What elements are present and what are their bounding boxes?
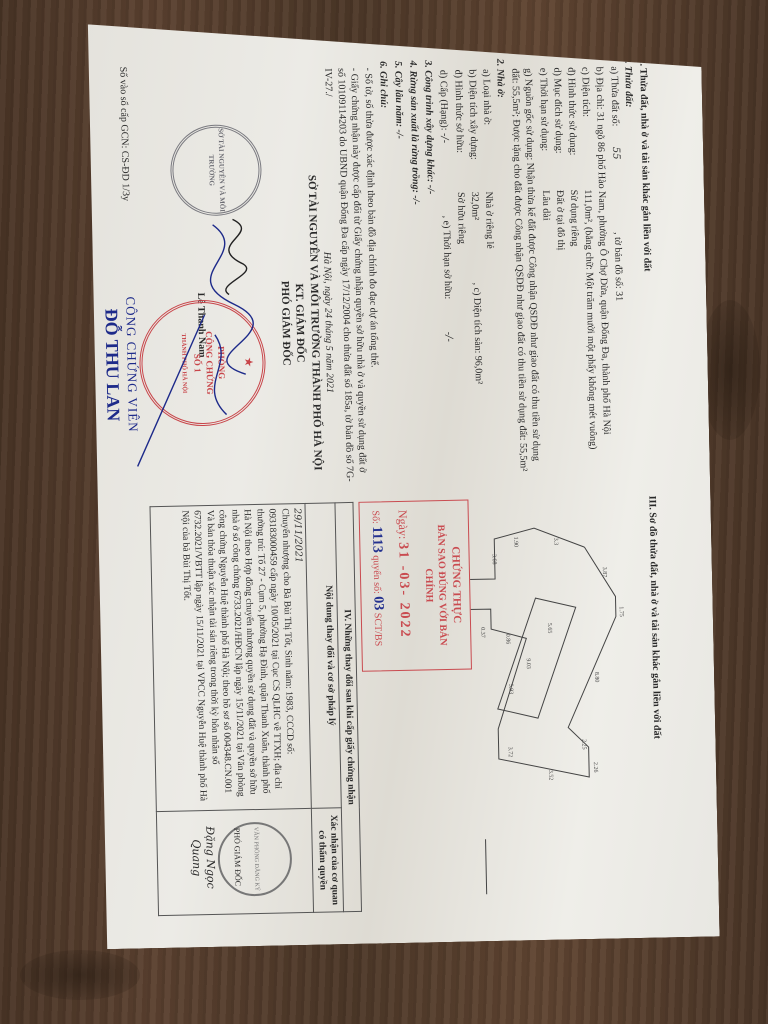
- change-confirm-cell: VĂN PHÒNG ĐĂNG KÝ PHÓ GIÁM ĐỐC Đặng Ngọc…: [156, 808, 313, 915]
- ownership-label: đ) Hình thức sở hữu:: [450, 69, 466, 189]
- dimension-label: 5.93: [507, 683, 513, 694]
- cert-suffix: SCT/BS: [371, 612, 383, 646]
- area-label: c) Diện tích:: [578, 66, 594, 186]
- notary-officer-stamp: CÔNG CHỨNG VIÊN ĐỖ THU LAN: [98, 296, 142, 433]
- registry-number: Số vào sổ cấp GCN: CS-ĐD 1/3y: [116, 66, 132, 201]
- cert-date-line: Ngày: 31 -03- 2022: [392, 509, 414, 661]
- section-iv: IV. Những thay đổi sau khi cấp giấy chứn…: [149, 501, 361, 915]
- change-content: Chuyển nhượng cho Bà Bùi Thị Tốt, Sinh n…: [215, 508, 296, 806]
- cert-subtitle: BẢN SAO ĐÚNG VỚI BẢN CHÍNH: [420, 508, 450, 661]
- use-form-value: Sử dụng riêng: [568, 189, 580, 246]
- dimension-label: 3.3: [552, 537, 558, 545]
- grade-label: d) Cấp (Hạng):: [437, 69, 449, 130]
- certified-copy-stamp: CHỨNG THỰC BẢN SAO ĐÚNG VỚI BẢN CHÍNH Ng…: [358, 499, 472, 671]
- certificate-sheet: II. Thửa đất, nhà ở và tài sản khác gắn …: [88, 24, 707, 936]
- grade-value: -/-: [439, 132, 450, 142]
- wood-knot: [20, 950, 140, 1000]
- cert-date-label: Ngày:: [395, 509, 410, 539]
- dimension-label: 5.65: [546, 622, 552, 633]
- built-area-value: 32,0m²: [468, 191, 480, 220]
- land-certificate-paper: II. Thửa đất, nhà ở và tài sản khác gắn …: [75, 12, 719, 950]
- dimension-label: 3.72: [506, 746, 512, 757]
- floor-area-value: 96,0m²: [472, 355, 484, 384]
- changes-table: IV. Những thay đổi sau khi cấp giấy chứn…: [149, 501, 361, 915]
- parcel-no-label: a) Thửa đất số:: [607, 66, 619, 126]
- dimension-label: 3.52: [547, 769, 553, 780]
- house-type-value: Nhà ở riêng lẻ: [482, 191, 494, 248]
- dimension-label: 9.03: [524, 658, 530, 669]
- signature-scribble: [122, 213, 277, 476]
- house-type-label: a) Loại nhà ở:: [479, 68, 495, 188]
- notary-name: ĐỖ THU LAN: [98, 296, 125, 433]
- cert-number-line: Số: 1113 quyển số: 03 SCT/BS: [365, 510, 387, 662]
- map-sheet-label: , tờ bản đồ số:: [611, 231, 623, 288]
- purpose-value: Đất ở tại đô thị: [553, 189, 565, 249]
- term-value: Lâu dài: [539, 190, 551, 220]
- cert-book: 03: [370, 596, 385, 610]
- col-confirm-header: Xác nhận của cơ quan có thẩm quyền: [311, 807, 343, 912]
- confirm-signer-title: PHÓ GIÁM ĐỐC: [230, 810, 242, 903]
- dimension-label: 3.68: [490, 553, 496, 564]
- ownership-value: Sở hữu riêng: [454, 192, 466, 244]
- floor-area-label: , c) Diện tích sàn:: [470, 282, 482, 353]
- dimension-label: 0.37: [479, 627, 485, 638]
- own-term-label: , e) Thời hạn sở hữu:: [440, 215, 453, 299]
- cert-book-label: quyển số:: [370, 555, 382, 594]
- table-row: 29/11/2021 Chuyển nhượng cho Bà Bùi Thị …: [150, 503, 314, 915]
- wood-knot: [700, 300, 760, 440]
- dimension-label: 2.25: [580, 739, 586, 750]
- confirm-signature: PHÓ GIÁM ĐỐC Đặng Ngọc Quang: [187, 810, 243, 904]
- department-seal-text: SỞ TÀI NGUYÊN VÀ MÔI TRƯỜNG: [205, 127, 225, 212]
- dimension-label: 8.80: [593, 671, 599, 682]
- cert-no: 1113: [368, 526, 384, 553]
- department-seal: SỞ TÀI NGUYÊN VÀ MÔI TRƯỜNG: [169, 123, 262, 216]
- own-term-value: -/-: [443, 331, 454, 341]
- parcel-no: 55: [609, 146, 620, 159]
- built-area-label: b) Diện tích xây dựng:: [464, 69, 480, 189]
- notary-label: CÔNG CHỨNG VIÊN: [121, 296, 141, 432]
- dimension-label: 1.75: [617, 606, 623, 617]
- cert-date: 31 -03- 2022: [395, 542, 412, 639]
- change-note: Và bản thỏa thuận xác nhận tài sản riêng…: [177, 509, 221, 806]
- address-label: b) Địa chỉ:: [593, 66, 605, 109]
- purpose-label: d) Mục đích sử dụng:: [550, 67, 566, 187]
- use-form-label: đ) Hình thức sử dụng:: [564, 67, 580, 187]
- origin-label: g) Nguồn gốc sử dụng:: [522, 68, 535, 160]
- dimension-label: 0.86: [504, 633, 510, 644]
- dimension-label: 2.26: [591, 761, 597, 772]
- map-sheet-no: 31: [612, 291, 623, 301]
- change-content-cell: 29/11/2021 Chuyển nhượng cho Bà Bùi Thị …: [150, 503, 311, 811]
- term-label: e) Thời hạn sử dụng:: [535, 67, 551, 187]
- confirm-signer-name: Đặng Ngọc Quang: [187, 810, 218, 904]
- dimension-label: 3.87: [600, 566, 606, 577]
- dimension-label: 1.90: [512, 536, 518, 547]
- section-ii: II. Thửa đất, nhà ở và tài sản khác gắn …: [319, 55, 657, 482]
- cert-no-label: Số:: [369, 510, 380, 524]
- parcel-sketch: 3.871.758.802.252.263.523.725.935.651.90…: [468, 505, 651, 899]
